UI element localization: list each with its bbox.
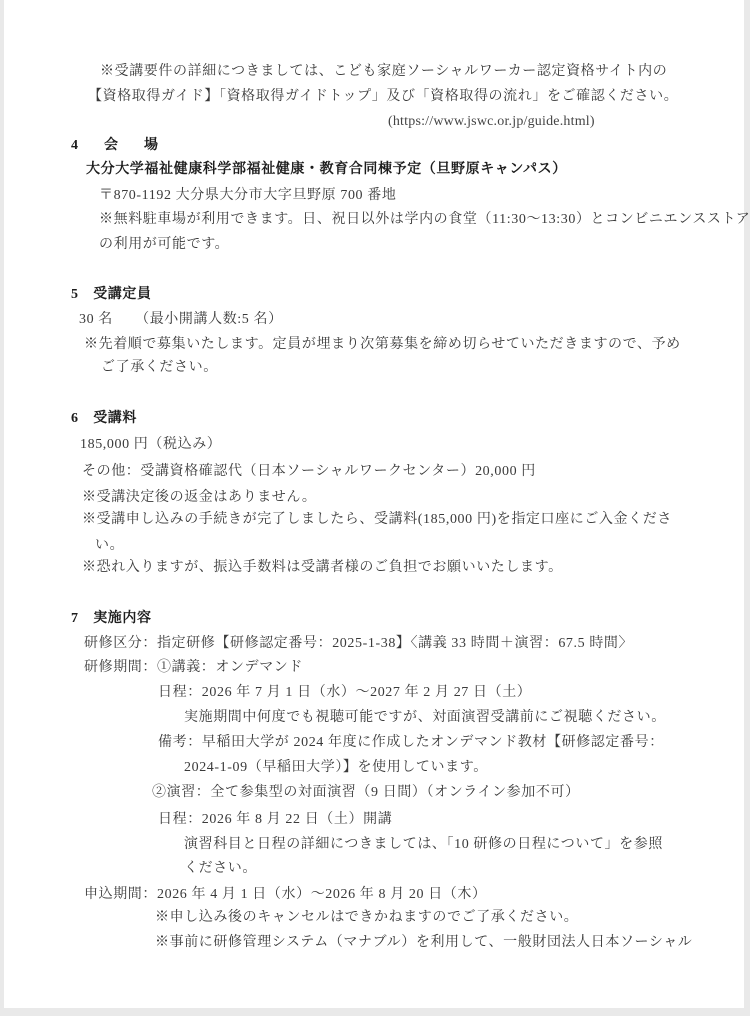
text-line: い。 bbox=[95, 536, 124, 556]
text-line: 備考：早稲田大学が 2024 年度に作成したオンデマンド教材【研修認定番号： bbox=[158, 733, 664, 753]
text-line: ※受講要件の詳細につきましては、こども家庭ソーシャルワーカー認定資格サイト内の bbox=[100, 62, 667, 82]
text-line: ご了承ください。 bbox=[101, 358, 218, 378]
text-line: 申込期間：2026 年 4 月 1 日（水）～2026 年 8 月 20 日（木… bbox=[84, 885, 487, 905]
text-line: 研修期間：①講義：オンデマンド bbox=[84, 658, 303, 678]
text-line: ※事前に研修管理システム（マナブル）を利用して、一般財団法人日本ソーシャル bbox=[155, 933, 692, 953]
section-heading-line: 7 実施内容 bbox=[71, 609, 152, 629]
text-line: 185,000 円（税込み） bbox=[80, 435, 221, 455]
text-line: 演習科目と日程の詳細につきましては、「10 研修の日程について」を参照 bbox=[184, 835, 663, 855]
text-line: 日程：2026 年 7 月 1 日（水）～2027 年 2 月 27 日（土） bbox=[158, 683, 531, 703]
text-line: ※先着順で募集いたします。定員が埋まり次第募集を締め切らせていただきますので、予… bbox=[84, 335, 681, 355]
text-line: ※申し込み後のキャンセルはできかねますのでご了承ください。 bbox=[155, 908, 578, 928]
text-line: 実施期間中何度でも視聴可能ですが、対面演習受講前にご視聴ください。 bbox=[184, 708, 666, 728]
section-heading-line: 5 受講定員 bbox=[71, 285, 152, 305]
text-line: 〒870-1192 大分県大分市大字旦野原 700 番地 bbox=[99, 186, 396, 206]
document-page: ※受講要件の詳細につきましては、こども家庭ソーシャルワーカー認定資格サイト内の【… bbox=[4, 0, 744, 1008]
text-line: (https://www.jswc.or.jp/guide.html) bbox=[388, 112, 595, 132]
text-line: ②演習：全て参集型の対面演習（9 日間）（オンライン参加不可） bbox=[152, 783, 580, 803]
text-line: その他：受講資格確認代（日本ソーシャルワークセンター）20,000 円 bbox=[82, 462, 536, 482]
text-line: 【資格取得ガイド】「資格取得ガイドトップ」及び「資格取得の流れ」をご確認ください… bbox=[88, 87, 678, 107]
section-heading-line: 4 会 場 bbox=[71, 136, 164, 156]
text-line: ※無料駐車場が利用できます。日、祝日以外は学内の食堂（11:30～13:30）と… bbox=[99, 210, 750, 230]
text-line: 日程：2026 年 8 月 22 日（土）開講 bbox=[158, 810, 392, 830]
text-line: 2024-1-09（早稲田大学）】を使用しています。 bbox=[184, 758, 488, 778]
section-heading-line: 6 受講料 bbox=[71, 409, 137, 429]
text-line: ※恐れ入りますが、振込手数料は受講者様のご負担でお願いいたします。 bbox=[82, 558, 563, 578]
section-heading-line: 大分大学福祉健康科学部福祉健康・教育合同棟予定（旦野原キャンパス） bbox=[86, 160, 567, 180]
text-line: ※受講決定後の返金はありません。 bbox=[82, 488, 316, 508]
text-line: の利用が可能です。 bbox=[99, 235, 229, 255]
text-line: ※受講申し込みの手続きが完了しましたら、受講料(185,000 円)を指定口座に… bbox=[82, 510, 672, 530]
text-line: ください。 bbox=[184, 859, 257, 879]
text-line: 30 名 （最小開講人数:5 名） bbox=[79, 310, 283, 330]
text-line: 研修区分：指定研修【研修認定番号：2025-1-38】〈講義 33 時間＋演習：… bbox=[84, 634, 633, 654]
